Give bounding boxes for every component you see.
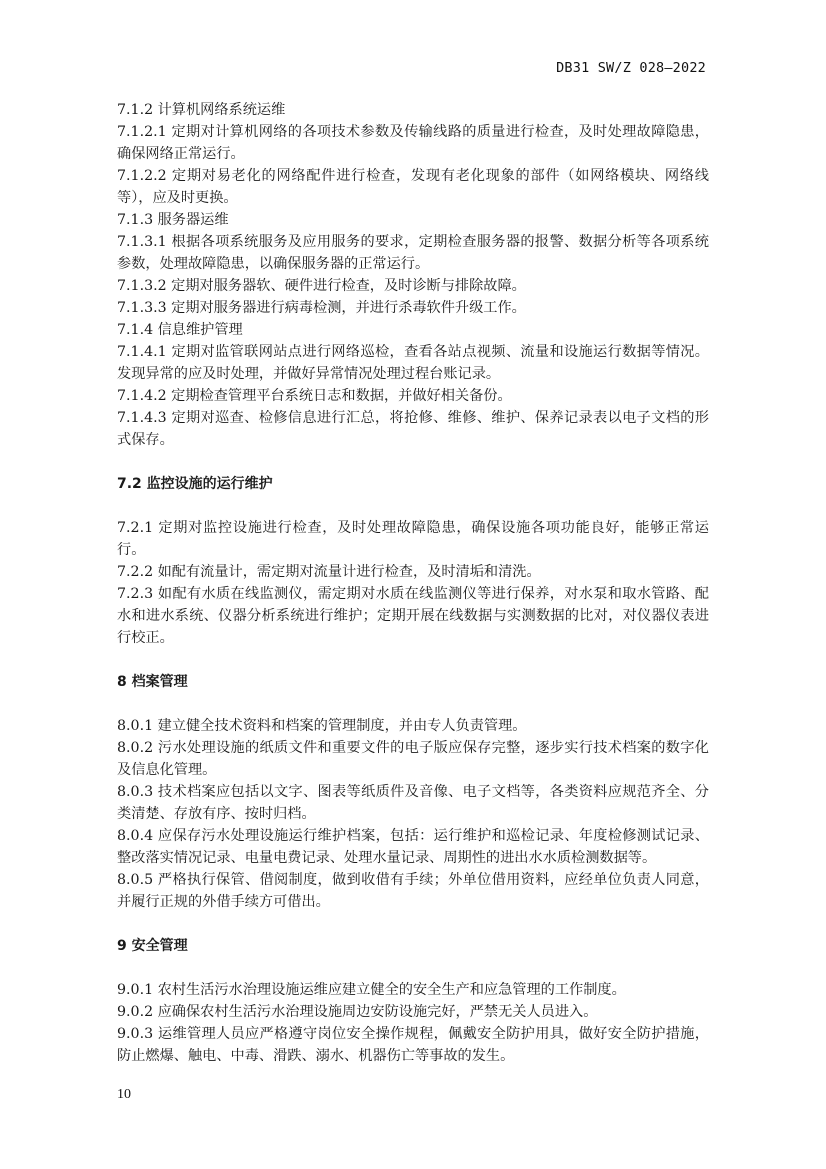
document-code: DB31 SW/Z 028—2022	[556, 60, 706, 76]
clause: 9.0.2 应确保农村生活污水治理设施周边安防设施完好，严禁无关人员进入。	[117, 1001, 709, 1023]
section-title: 7.2 监控设施的运行维护	[117, 473, 709, 495]
clause: 7.2.1 定期对监控设施进行检查，及时处理故障隐患，确保设施各项功能良好，能够…	[117, 517, 709, 561]
subsection-title: 7.1.3 服务器运维	[117, 209, 709, 231]
clause: 7.1.4.2 定期检查管理平台系统日志和数据，并做好相关备份。	[117, 385, 709, 407]
clause: 7.1.4.1 定期对监管联网站点进行网络巡检，查看各站点视频、流量和设施运行数…	[117, 341, 709, 385]
clause: 9.0.3 运维管理人员应严格遵守岗位安全操作规程，佩戴安全防护用具，做好安全防…	[117, 1023, 709, 1067]
clause: 7.1.3.2 定期对服务器软、硬件进行检查，及时诊断与排除故障。	[117, 275, 709, 297]
clause: 7.2.3 如配有水质在线监测仪，需定期对水质在线监测仪等进行保养，对水泵和取水…	[117, 583, 709, 649]
clause: 7.1.3.1 根据各项系统服务及应用服务的要求，定期检查服务器的报警、数据分析…	[117, 231, 709, 275]
document-body: 7.1.2 计算机网络系统运维 7.1.2.1 定期对计算机网络的各项技术参数及…	[117, 99, 709, 1067]
clause: 7.1.3.3 定期对服务器进行病毒检测，并进行杀毒软件升级工作。	[117, 297, 709, 319]
clause: 9.0.1 农村生活污水治理设施运维应建立健全的安全生产和应急管理的工作制度。	[117, 979, 709, 1001]
clause: 7.1.2.2 定期对易老化的网络配件进行检查，发现有老化现象的部件（如网络模块…	[117, 165, 709, 209]
clause: 8.0.5 严格执行保管、借阅制度，做到收借有手续；外单位借用资料，应经单位负责…	[117, 869, 709, 913]
section-title: 8 档案管理	[117, 671, 709, 693]
page-number: 10	[117, 1087, 131, 1103]
clause: 7.1.4.3 定期对巡查、检修信息进行汇总，将抢修、维修、维护、保养记录表以电…	[117, 407, 709, 451]
clause: 8.0.1 建立健全技术资料和档案的管理制度，并由专人负责管理。	[117, 715, 709, 737]
clause: 8.0.3 技术档案应包括以文字、图表等纸质件及音像、电子文档等，各类资料应规范…	[117, 781, 709, 825]
clause: 7.2.2 如配有流量计，需定期对流量计进行检查，及时清垢和清洗。	[117, 561, 709, 583]
clause: 7.1.2.1 定期对计算机网络的各项技术参数及传输线路的质量进行检查，及时处理…	[117, 121, 709, 165]
subsection-title: 7.1.4 信息维护管理	[117, 319, 709, 341]
subsection-title: 7.1.2 计算机网络系统运维	[117, 99, 709, 121]
clause: 8.0.2 污水处理设施的纸质文件和重要文件的电子版应保存完整，逐步实行技术档案…	[117, 737, 709, 781]
section-title: 9 安全管理	[117, 935, 709, 957]
clause: 8.0.4 应保存污水处理设施运行维护档案，包括：运行维护和巡检记录、年度检修测…	[117, 825, 709, 869]
